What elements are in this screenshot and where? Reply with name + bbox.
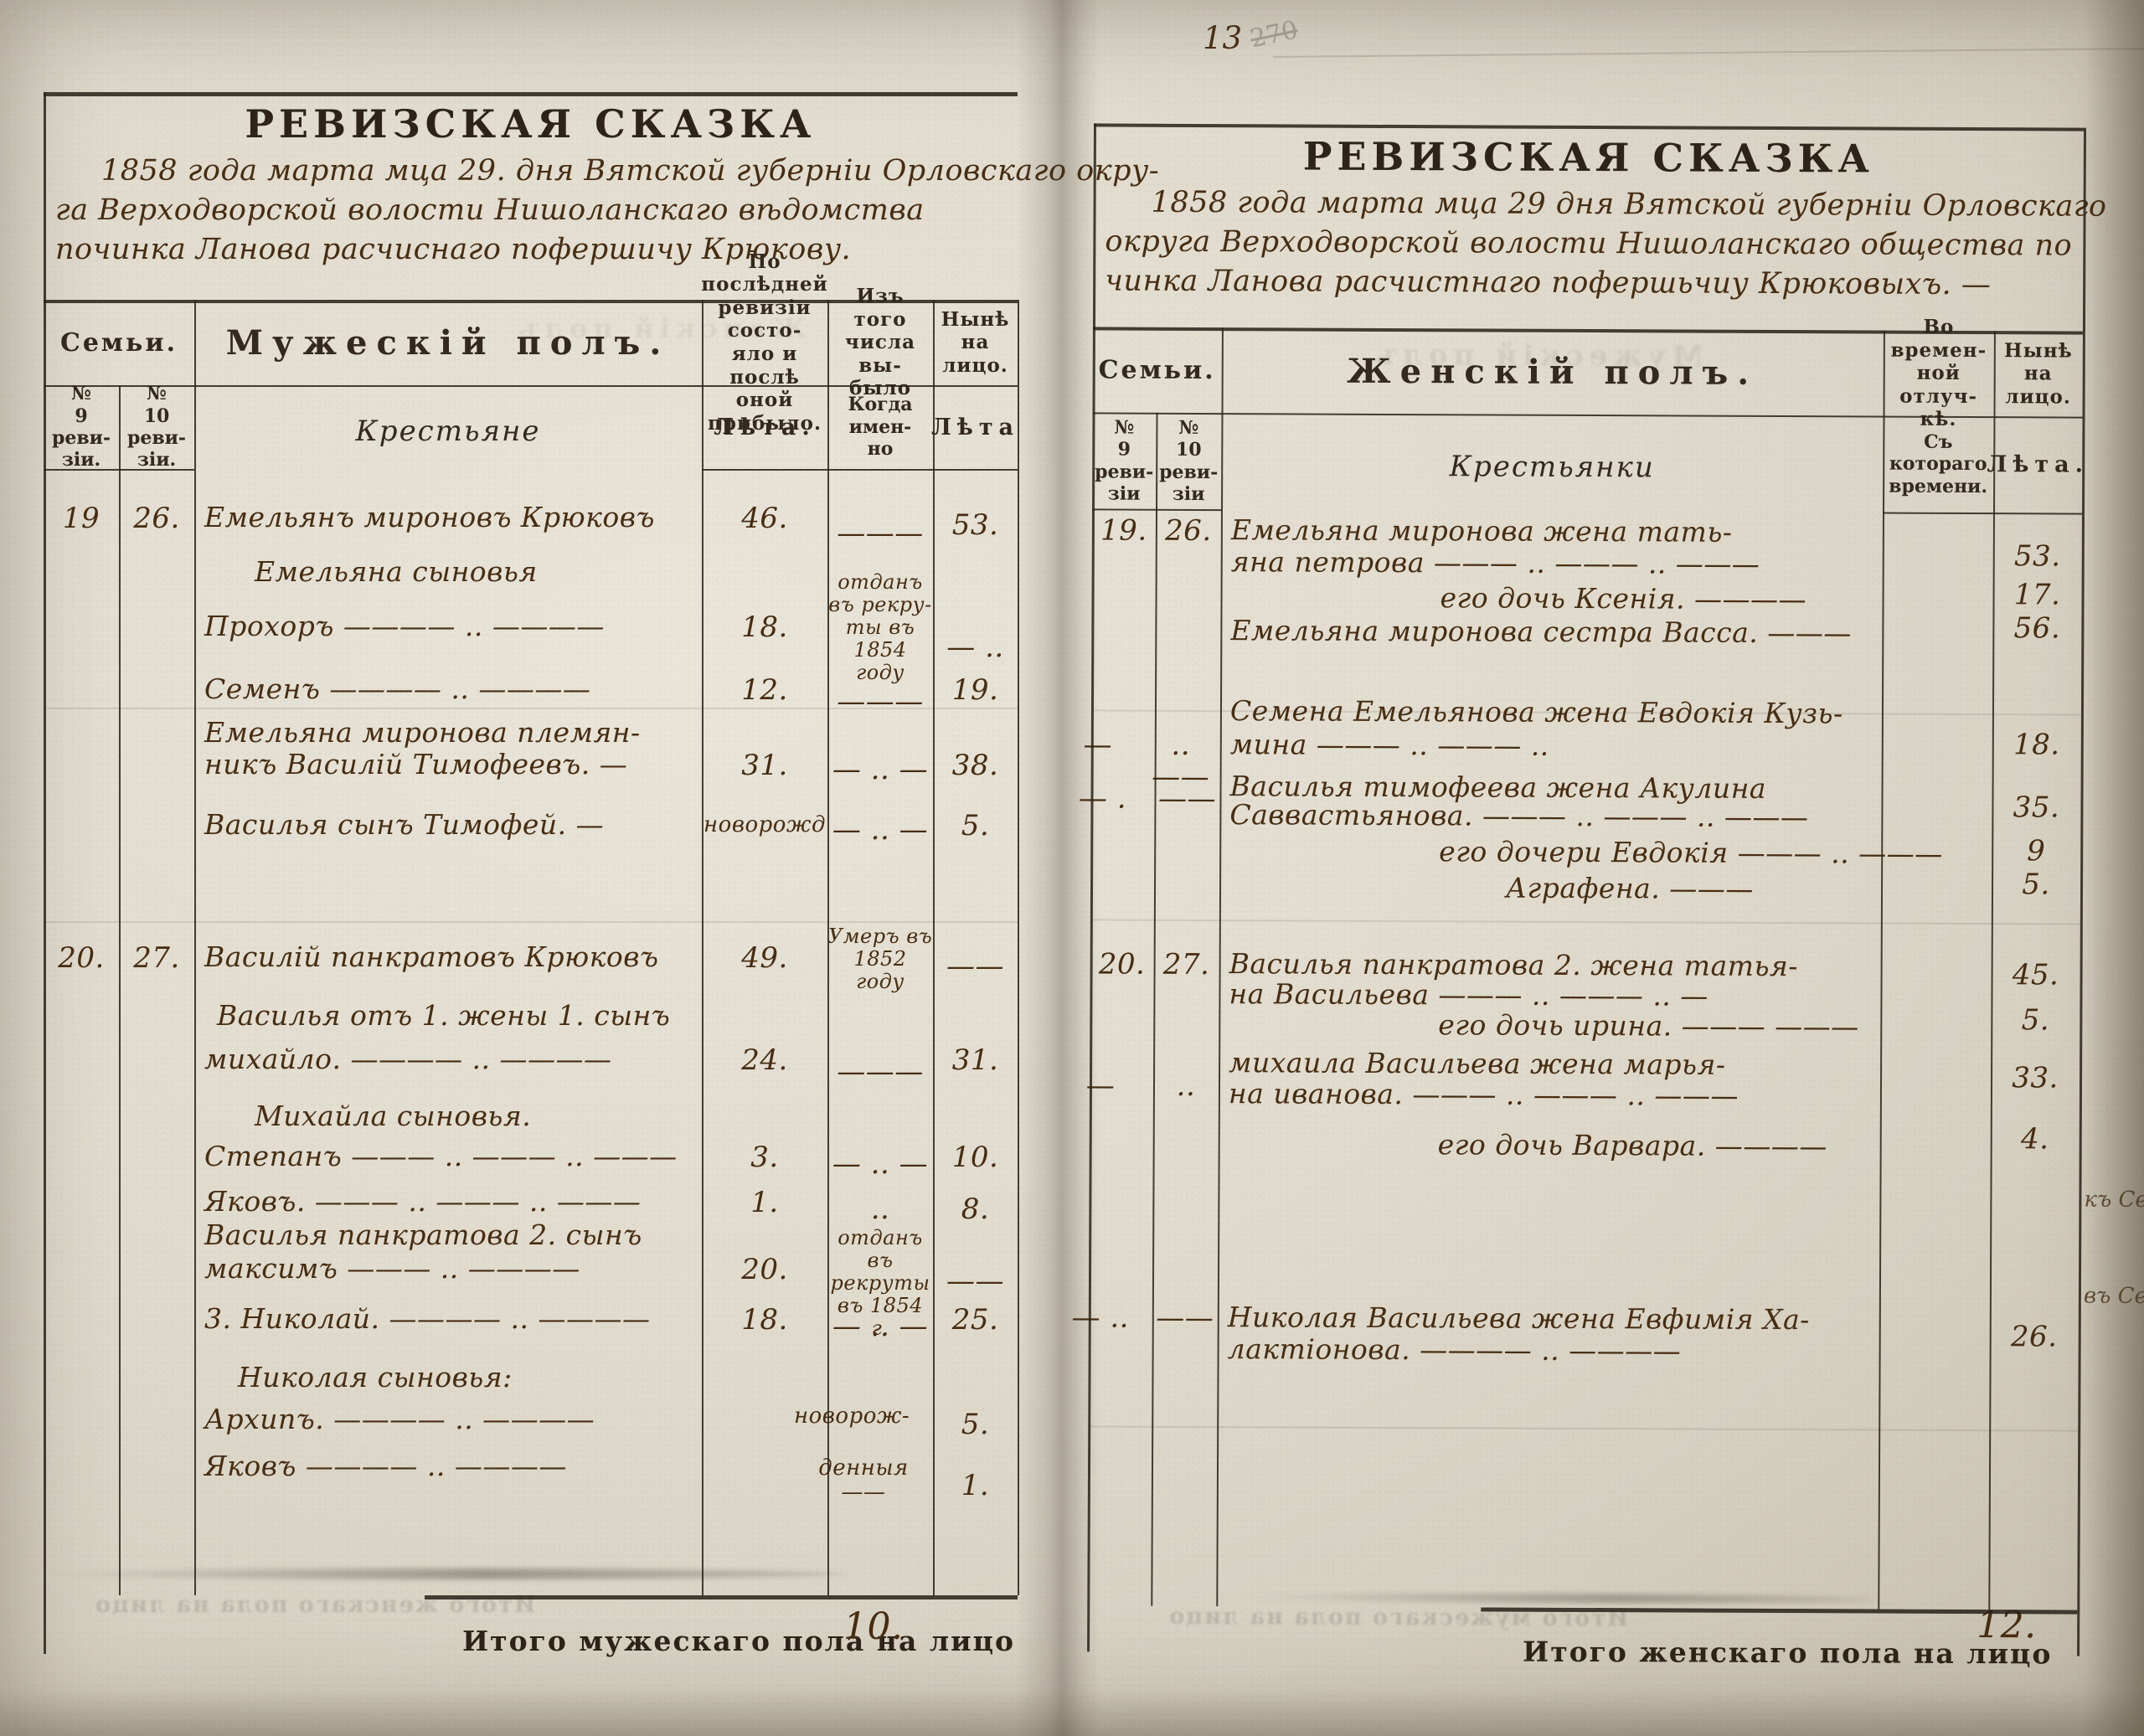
entry-name: Николая Васильева жена Евфимія Ха- — [1228, 1302, 1810, 1336]
entry-leta: 56. — [1992, 612, 2081, 645]
left-estate-handwritten: Крестьяне — [194, 389, 702, 473]
preamble-line: га Верходворской волости Нишоланскаго вѣ… — [55, 191, 1014, 230]
entry-leta: 33. — [1991, 1062, 2080, 1095]
table-rule-vertical — [194, 300, 196, 1595]
preamble-line: починка Ланова расчиснаго пофершичу Крюк… — [55, 230, 1014, 270]
entry-name: Аграфена. ——— — [1506, 873, 1754, 905]
right-estate-handwritten: Крестьянки — [1221, 417, 1883, 516]
left-col-header-prev-revision: По послѣдней ревизіи состо- яло и послѣ … — [702, 300, 827, 385]
right-subheader-since-when: Съ котораго времени. — [1883, 416, 1994, 513]
entry-leta2: 38. — [933, 750, 1018, 781]
right-edge-shadow — [2084, 0, 2144, 1736]
entry-leta: 45. — [1992, 959, 2080, 992]
revision-list-spread: 13 270 РЕВИЗСКАЯ СКАЗКА 1858 года марта … — [0, 0, 2144, 1736]
entry-leta1: 3. — [702, 1141, 827, 1173]
right-total-label: Итого женскаго пола на лицо — [1523, 1636, 1941, 1670]
left-total-label: Итого мужескаго пола на лицо — [462, 1625, 839, 1657]
preamble-line: чинка Ланова расчистнаго пофершьчиу Крюк… — [1105, 261, 2080, 305]
right-col-header-temporarily-absent: Во времен- ной отлуч- кѣ. — [1884, 331, 1994, 417]
entry-leta2: 53. — [933, 509, 1018, 541]
table-rule-vertical — [1087, 123, 1096, 1651]
right-col-header-now-present: Нынѣ на лицо. — [1994, 331, 2083, 416]
table-rule-horizontal — [425, 1595, 1018, 1599]
table-rule-vertical — [44, 92, 46, 1654]
left-preamble: 1858 года марта мца 29. дня Вятской губе… — [55, 152, 1014, 270]
entry-name: максимъ ——— .. ———— — [204, 1254, 580, 1285]
entry-name: Саввастьянова. ——— .. ——— .. ——— — [1229, 800, 1808, 833]
page-number: 13 — [1203, 20, 1242, 56]
right-subheader-years-now: Лѣта. — [1993, 416, 2083, 513]
pencil-guide-line — [1090, 919, 2080, 925]
left-col-header-male-sex: Мужескій полъ. — [194, 300, 702, 385]
table-rule-horizontal — [44, 92, 1018, 96]
table-rule-horizontal — [702, 469, 1018, 471]
left-subheader-years-now: Лѣта — [933, 385, 1018, 469]
entry-leta2: —— — [933, 1265, 1018, 1297]
pencil-guide-line — [44, 921, 1018, 923]
entry-leta1: 46. — [702, 502, 827, 534]
left-subheader-when-exactly: Когда имен- но — [827, 385, 933, 469]
preamble-line: 1858 года марта мца 29 дня Вятской губер… — [1105, 183, 2080, 226]
right-col-header-family: Семьи. — [1093, 327, 1222, 413]
entry-f10: .. — [1153, 1070, 1219, 1102]
entry-f9: — . — [1070, 782, 1134, 814]
table-rule-vertical — [1878, 331, 1885, 1610]
margin-note: къ Сен — [2084, 1187, 2144, 1213]
entry-leta1: 31. — [702, 750, 827, 781]
entry-kogda: новорож- — [794, 1404, 899, 1429]
left-subheader-years-prev: Лѣта. — [702, 385, 827, 469]
entry-name: яна петрова ——— .. ——— .. ——— — [1231, 547, 1760, 580]
entry-name: его дочери Евдокія ——— .. ——— — [1439, 837, 1943, 870]
entry-kogda: — .. — — [827, 1311, 933, 1342]
entry-name: 3. Николай. ———— .. ———— — [204, 1304, 650, 1335]
pencil-guide-line — [1088, 1425, 2078, 1431]
margin-note: въ Сен — [2084, 1284, 2144, 1309]
archival-stamp: 270 — [1248, 15, 1301, 54]
entry-leta1: 24. — [702, 1044, 827, 1076]
table-rule-vertical — [827, 300, 829, 1595]
entry-name: Николая сыновья: — [238, 1363, 513, 1393]
left-page-title: РЕВИЗСКАЯ СКАЗКА — [44, 101, 1018, 147]
entry-leta1: 20. — [702, 1254, 827, 1285]
entry-name: Емельяна сыновья — [255, 557, 538, 588]
entry-name: Архипъ. ———— .. ———— — [204, 1404, 595, 1435]
entry-f9: — — [1066, 729, 1130, 760]
entry-leta: 18. — [1992, 729, 2081, 761]
entry-leta2: —— — [933, 950, 1018, 982]
entry-leta2: 19. — [933, 674, 1018, 706]
entry-name: его дочь Ксенія. ———— — [1440, 583, 1806, 616]
left-col-header-departed: Изъ того числа вы- было — [827, 300, 933, 385]
ink-smudge — [1238, 1592, 1874, 1604]
left-col-header-family: Семьи. — [44, 300, 194, 385]
entry-leta2: 5. — [933, 810, 1018, 842]
entry-name: Емельяна миронова сестра Васса. ——— — [1230, 616, 1852, 649]
entry-leta2: 5. — [933, 1409, 1018, 1440]
entry-f9: 19 — [44, 502, 119, 534]
entry-leta1: 49. — [702, 942, 827, 974]
entry-f10: —— — [1154, 783, 1219, 815]
entry-name: никъ Василій Тимофеевъ. — — [204, 750, 627, 780]
entry-kogda: ——— — [827, 1056, 933, 1088]
left-subheader-revision-9: № 9 реви- зіи. — [44, 385, 119, 469]
entry-name: Яковъ ———— .. ———— — [204, 1451, 567, 1482]
entry-leta1: 18. — [702, 611, 827, 643]
entry-leta1: 18. — [702, 1304, 827, 1336]
entry-name: Василья панкратова 2. сынъ — [204, 1220, 642, 1251]
left-subheader-revision-10: № 10 реви- зіи. — [119, 385, 194, 469]
entry-f9: 20. — [1090, 948, 1154, 980]
right-preamble: 1858 года марта мца 29 дня Вятской губер… — [1105, 183, 2080, 305]
entry-leta1: новорожд — [702, 813, 827, 837]
table-rule-vertical — [933, 300, 935, 1595]
preamble-line: 1858 года марта мца 29. дня Вятской губе… — [55, 152, 1014, 191]
preamble-line: округа Верходворской волости Нишоланскаг… — [1105, 222, 2080, 265]
entry-name: мина ——— .. ——— .. — [1230, 729, 1549, 762]
entry-kogda: — .. — — [827, 814, 933, 846]
left-total-value: 10. — [843, 1605, 903, 1648]
entry-f10: 26. — [119, 502, 194, 534]
entry-leta2: 10. — [933, 1141, 1018, 1173]
entry-leta2: 25. — [933, 1304, 1018, 1336]
page-edge-line — [1273, 48, 2144, 58]
entry-name: Емельяна миронова племян- — [204, 718, 641, 749]
entry-name: Емельяна миронова жена тать- — [1231, 515, 1733, 549]
entry-name: на иванова. ——— .. ——— .. ——— — [1229, 1079, 1739, 1112]
entry-kogda: ——— — [827, 686, 933, 718]
entry-name: Емельянъ мироновъ Крюковъ — [204, 502, 655, 533]
entry-name: Яковъ. ——— .. ——— .. ——— — [204, 1187, 641, 1218]
entry-f10: 26. — [1156, 515, 1221, 547]
left-col-header-now-present: Нынѣ на лицо. — [933, 300, 1018, 385]
table-rule-horizontal — [1883, 513, 2082, 515]
entry-kogda: .. — [827, 1193, 933, 1225]
entry-kogda: — .. — — [827, 754, 933, 786]
entry-f10: —— — [1152, 1302, 1218, 1334]
entry-name: Михайла сыновья. — [255, 1101, 531, 1132]
entry-leta: 26. — [1990, 1321, 2079, 1353]
entry-leta: 35. — [1992, 791, 2080, 824]
entry-leta2: 31. — [933, 1044, 1018, 1076]
entry-f9: — — [1069, 1069, 1132, 1101]
entry-f9: 19. — [1092, 514, 1156, 546]
page-corner: 13 270 — [1203, 20, 1294, 56]
right-col-header-female-sex: Женскій полъ. — [1222, 327, 1884, 415]
entry-name: Василій панкратовъ Крюковъ — [204, 942, 658, 973]
entry-f9: 20. — [44, 942, 119, 974]
entry-name: михаила Васильева жена марья- — [1229, 1048, 1726, 1081]
left-page-male: РЕВИЗСКАЯ СКАЗКА 1858 года марта мца 29.… — [44, 88, 1018, 1704]
right-subheader-revision-9: № 9 реви- зіи — [1092, 412, 1157, 508]
table-rule-vertical — [119, 385, 121, 1595]
entry-leta: 5. — [1991, 1004, 2080, 1037]
entry-name: Василья сынъ Тимофей. — — [204, 810, 604, 841]
entry-name: лактіонова. ———— .. ———— — [1228, 1334, 1682, 1367]
entry-name: Прохоръ ———— .. ———— — [204, 611, 605, 642]
table-rule-horizontal — [44, 300, 1018, 303]
entry-leta: 5. — [1992, 868, 2080, 901]
right-rows: 19.26.Емельяна миронова жена тать-яна пе… — [1094, 85, 2084, 90]
right-page-title: РЕВИЗСКАЯ СКАЗКА — [1094, 132, 2084, 182]
entry-kogda: — .. — — [827, 1148, 933, 1180]
entry-name: Семенъ ———— .. ———— — [204, 674, 590, 705]
right-subheader-revision-10: № 10 реви- зіи — [1156, 413, 1222, 509]
entry-kogda: ——— — [827, 518, 933, 549]
entry-kogda: денныя —— — [811, 1456, 916, 1505]
table-rule-horizontal — [44, 385, 1018, 387]
entry-leta: 53. — [1993, 540, 2082, 573]
right-page-female: РЕВИЗСКАЯ СКАЗКА 1858 года марта мца 29 … — [1087, 85, 2084, 1706]
entry-name: его дочь ирина. ——— ——— — [1438, 1010, 1859, 1043]
entry-kogda: Умеръ въ 1852 году — [827, 925, 933, 993]
table-rule-vertical — [1018, 300, 1019, 1595]
entry-leta1: 12. — [702, 674, 827, 706]
entry-f10: 27. — [1154, 949, 1219, 981]
entry-name: его дочь Варвара. ———— — [1438, 1130, 1827, 1162]
entry-name: михайло. ———— .. ———— — [204, 1044, 611, 1075]
entry-leta: 4. — [1991, 1123, 2080, 1156]
table-rule-horizontal — [1094, 123, 2084, 131]
entry-name: Степанъ ——— .. ——— .. ——— — [204, 1141, 678, 1172]
entry-leta2: 8. — [933, 1193, 1018, 1225]
entry-kogda: отданъ въ рекру- ты въ 1854 году — [827, 571, 933, 683]
entry-name: на Васильева ——— .. ——— .. — — [1229, 979, 1708, 1012]
ink-smudge — [44, 1569, 848, 1579]
pencil-guide-line — [44, 708, 1018, 709]
entry-f10: 27. — [119, 942, 194, 974]
table-rule-vertical — [702, 300, 703, 1595]
entry-leta2: — .. — [933, 631, 1018, 663]
entry-name: Василья отъ 1. жены 1. сынъ — [217, 1001, 670, 1032]
entry-leta: 9 — [1992, 835, 2080, 868]
entry-f9: — .. — [1069, 1301, 1132, 1333]
entry-leta: 17. — [1992, 579, 2081, 611]
entry-leta1: 1. — [702, 1187, 827, 1218]
entry-leta2: 1. — [933, 1470, 1018, 1502]
